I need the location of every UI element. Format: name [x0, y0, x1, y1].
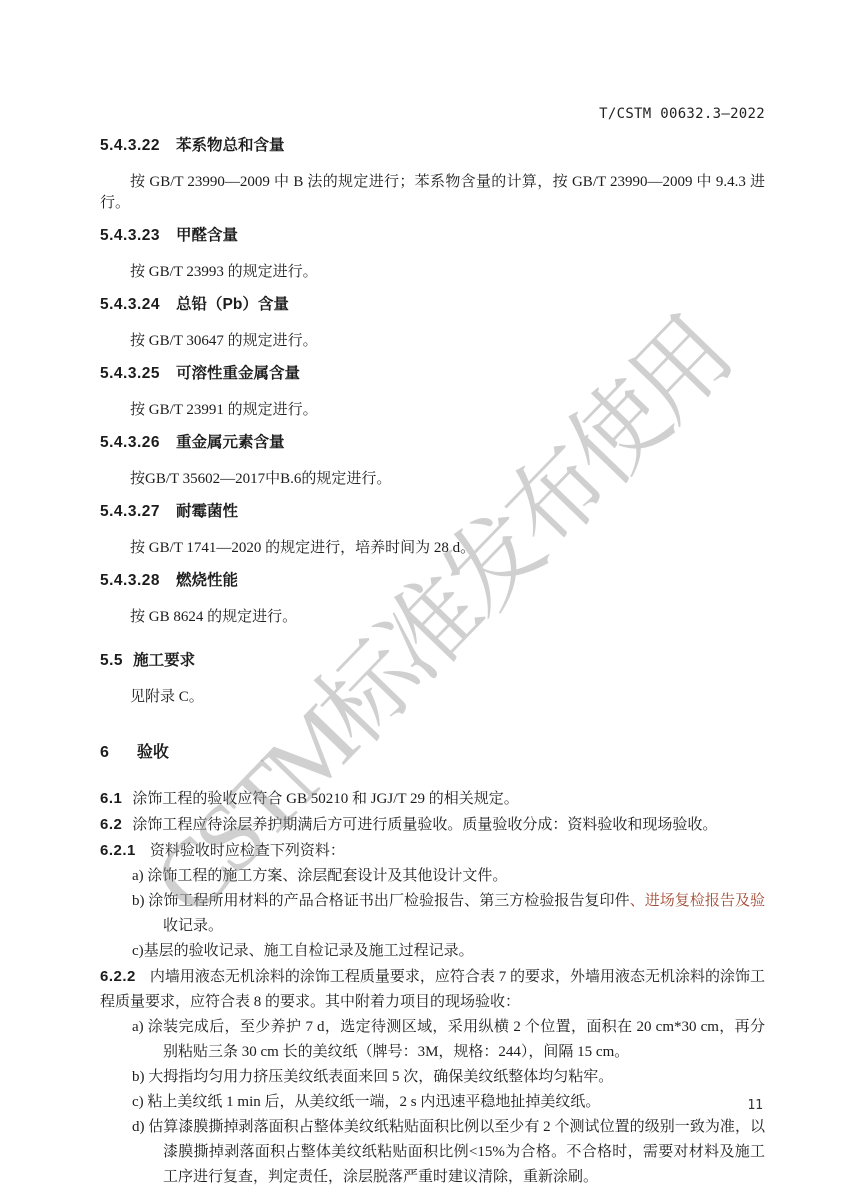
document-page: CSTM标准发布使用 T/CSTM 00632.3—2022 5.4.3.22 … [0, 0, 849, 1200]
clause-5-4-3-27: 5.4.3.27 耐霉菌性 按 GB/T 1741—2020 的规定进行，培养时… [100, 501, 765, 559]
list-item-6-2-1-a: a) 涂饰工程的施工方案、涂层配套设计及其他设计文件。 [100, 864, 765, 889]
clause-number: 6.2.2 [100, 968, 150, 985]
clause-title: 苯系物总和含量 [176, 135, 285, 156]
chapter-number: 6 [100, 742, 109, 764]
clause-text: 涂饰工程应待涂层养护期满后方可进行质量验收。质量验收分成：资料验收和现场验收。 [132, 817, 717, 833]
clause-number: 5.4.3.23 [100, 225, 160, 246]
list-item-6-2-2-c: c) 粘上美纹纸 1 min 后，从美纹纸一端，2 s 内迅速平稳地扯掉美纹纸。 [100, 1090, 765, 1115]
clause-body: 按 GB/T 30647 的规定进行。 [100, 331, 765, 352]
clause-5-5: 5.5 施工要求 见附录 C。 [100, 650, 765, 708]
list-item-6-2-2-b: b) 大拇指均匀用力挤压美纹纸表面来回 5 次，确保美纹纸整体均匀粘牢。 [100, 1065, 765, 1090]
clause-title: 可溶性重金属含量 [176, 363, 300, 384]
chapter-6-body: 6.1涂饰工程的验收应符合 GB 50210 和 JGJ/T 29 的相关规定。… [100, 786, 765, 1190]
clause-number: 5.4.3.28 [100, 570, 160, 591]
chapter-6-heading: 6 验收 [100, 742, 765, 764]
clause-body: 按 GB 8624 的规定进行。 [100, 607, 765, 628]
clause-5-4-3-24: 5.4.3.24 总铅（Pb）含量 按 GB/T 30647 的规定进行。 [100, 294, 765, 352]
clause-title: 燃烧性能 [176, 570, 238, 591]
clause-5-4-3-23: 5.4.3.23 甲醛含量 按 GB/T 23993 的规定进行。 [100, 225, 765, 283]
clause-number: 5.4.3.27 [100, 501, 160, 522]
clause-number: 5.4.3.22 [100, 135, 160, 156]
clause-heading: 5.4.3.23 甲醛含量 [100, 225, 765, 246]
clause-heading: 5.5 施工要求 [100, 650, 765, 671]
chapter-title: 验收 [137, 742, 169, 764]
clause-title: 甲醛含量 [176, 225, 238, 246]
clause-6-1: 6.1涂饰工程的验收应符合 GB 50210 和 JGJ/T 29 的相关规定。 [100, 786, 765, 812]
item-text: 收记录。 [163, 918, 223, 934]
clause-body: 按GB/T 35602—2017中B.6的规定进行。 [100, 469, 765, 490]
clause-5-4-3-26: 5.4.3.26 重金属元素含量 按GB/T 35602—2017中B.6的规定… [100, 432, 765, 490]
clause-number: 6.2 [100, 816, 132, 833]
doc-number-header: T/CSTM 00632.3—2022 [100, 104, 765, 124]
clause-5-4-3-25: 5.4.3.25 可溶性重金属含量 按 GB/T 23991 的规定进行。 [100, 363, 765, 421]
clause-heading: 5.4.3.28 燃烧性能 [100, 570, 765, 591]
clause-body: 见附录 C。 [100, 687, 765, 708]
clause-6-2: 6.2涂饰工程应待涂层养护期满后方可进行质量验收。质量验收分成：资料验收和现场验… [100, 812, 765, 838]
clause-body: 按 GB/T 23993 的规定进行。 [100, 262, 765, 283]
clause-title: 重金属元素含量 [176, 432, 285, 453]
clause-6-2-1: 6.2.1资料验收时应检查下列资料： [100, 838, 765, 864]
list-item-6-2-1-c: c)基层的验收记录、施工自检记录及施工过程记录。 [100, 939, 765, 964]
item-text-highlighted: 、进场复检报告及验 [630, 893, 765, 909]
clause-number: 6.2.1 [100, 842, 150, 859]
clause-title: 总铅（Pb）含量 [176, 294, 289, 315]
clause-5-4-3-22: 5.4.3.22 苯系物总和含量 按 GB/T 23990—2009 中 B 法… [100, 135, 765, 214]
clause-5-4-3-28: 5.4.3.28 燃烧性能 按 GB 8624 的规定进行。 [100, 570, 765, 628]
clause-heading: 5.4.3.24 总铅（Pb）含量 [100, 294, 765, 315]
clause-number: 6.1 [100, 790, 132, 807]
clause-heading: 5.4.3.25 可溶性重金属含量 [100, 363, 765, 384]
clause-body: 按 GB/T 23991 的规定进行。 [100, 400, 765, 421]
clause-text: 涂饰工程的验收应符合 GB 50210 和 JGJ/T 29 的相关规定。 [132, 791, 518, 807]
clause-title: 耐霉菌性 [176, 501, 238, 522]
list-item-6-2-2-a: a) 涂装完成后，至少养护 7 d，选定待测区域，采用纵横 2 个位置，面积在 … [100, 1015, 765, 1065]
clause-number: 5.5 [100, 650, 123, 671]
clause-body: 按 GB/T 1741—2020 的规定进行，培养时间为 28 d。 [100, 538, 765, 559]
clause-number: 5.4.3.25 [100, 363, 160, 384]
clause-heading: 5.4.3.22 苯系物总和含量 [100, 135, 765, 156]
list-item-6-2-2-d: d) 估算漆膜撕掉剥落面积占整体美纹纸粘贴面积比例以至少有 2 个测试位置的级别… [100, 1115, 765, 1190]
clause-body: 按 GB/T 23990—2009 中 B 法的规定进行；苯系物含量的计算，按 … [100, 172, 765, 214]
clause-text: 内墙用液态无机涂料的涂饰工程质量要求，应符合表 7 的要求，外墙用液态无机涂料的… [100, 969, 765, 1010]
clause-heading: 5.4.3.26 重金属元素含量 [100, 432, 765, 453]
clause-number: 5.4.3.24 [100, 294, 160, 315]
page-number: 11 [747, 1098, 763, 1113]
clause-number: 5.4.3.26 [100, 432, 160, 453]
clause-heading: 5.4.3.27 耐霉菌性 [100, 501, 765, 522]
clause-text: 资料验收时应检查下列资料： [150, 843, 345, 859]
list-item-6-2-1-b: b) 涂饰工程所用材料的产品合格证书出厂检验报告、第三方检验报告复印件、进场复检… [100, 889, 765, 939]
item-text: b) 涂饰工程所用材料的产品合格证书出厂检验报告、第三方检验报告复印件 [132, 893, 630, 909]
clause-title: 施工要求 [133, 650, 195, 671]
page-content: T/CSTM 00632.3—2022 5.4.3.22 苯系物总和含量 按 G… [100, 104, 765, 1190]
clause-6-2-2: 6.2.2内墙用液态无机涂料的涂饰工程质量要求，应符合表 7 的要求，外墙用液态… [100, 964, 765, 1015]
